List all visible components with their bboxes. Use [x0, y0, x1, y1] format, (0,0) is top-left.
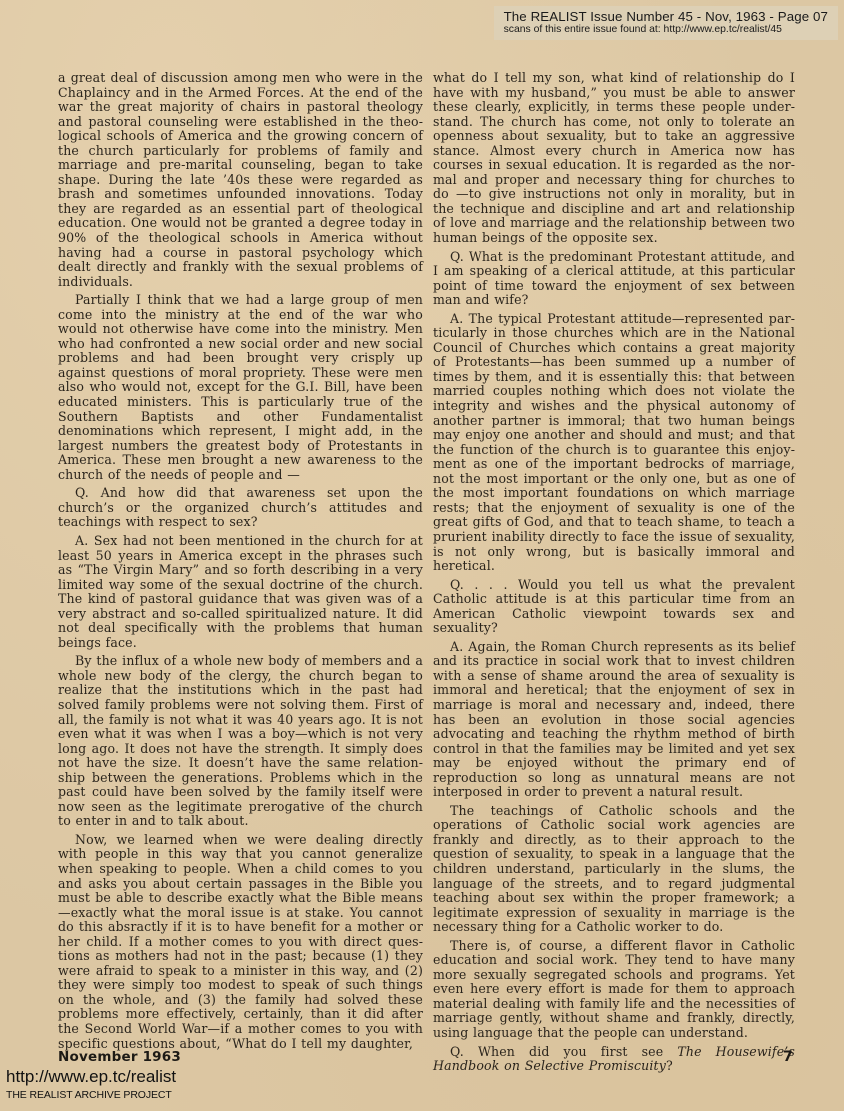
- interview-question: Q. And how did that awareness set upon t…: [58, 486, 423, 530]
- archive-header: The REALIST Issue Number 45 - Nov, 1963 …: [494, 6, 838, 40]
- archive-url: http://www.ep.tc/realist: [6, 1067, 176, 1087]
- paragraph-continued: what do I tell my son, what kind of rela…: [433, 71, 795, 246]
- footer-issue-date: November 1963: [58, 1049, 181, 1065]
- interview-question: Q. . . . Would you tell us what the prev…: [433, 578, 795, 636]
- interview-answer: A. The typical Protestant attitude—repre…: [433, 312, 795, 574]
- paragraph: There is, of course, a different flavor …: [433, 939, 795, 1041]
- paragraph: By the influx of a whole new body of mem…: [58, 654, 423, 829]
- paragraph: The teachings of Catholic schools and th…: [433, 804, 795, 935]
- interview-question-final: Q. When did you first see The Housewife’…: [433, 1045, 795, 1074]
- paragraph: Now, we learned when we were dealing dir…: [58, 833, 423, 1051]
- paragraph: Partially I think that we had a large gr…: [58, 293, 423, 482]
- question-suffix: ?: [666, 1058, 673, 1073]
- archive-scans-link-text: scans of this entire issue found at: htt…: [504, 24, 828, 36]
- archive-project-name: THE REALIST ARCHIVE PROJECT: [6, 1089, 172, 1101]
- interview-question: Q. What is the predominant Protestant at…: [433, 250, 795, 308]
- right-text-column: what do I tell my son, what kind of rela…: [433, 71, 795, 1078]
- footer-page-number: 7: [783, 1049, 793, 1065]
- archive-issue-title: The REALIST Issue Number 45 - Nov, 1963 …: [504, 9, 828, 24]
- question-prefix: Q. When did you first see: [450, 1044, 677, 1059]
- left-text-column: a great deal of discussion among men who…: [58, 71, 423, 1055]
- paragraph-continued: a great deal of discussion among men who…: [58, 71, 423, 289]
- interview-answer: A. Sex had not been mentioned in the chu…: [58, 534, 423, 650]
- interview-answer: A. Again, the Roman Church represents as…: [433, 640, 795, 800]
